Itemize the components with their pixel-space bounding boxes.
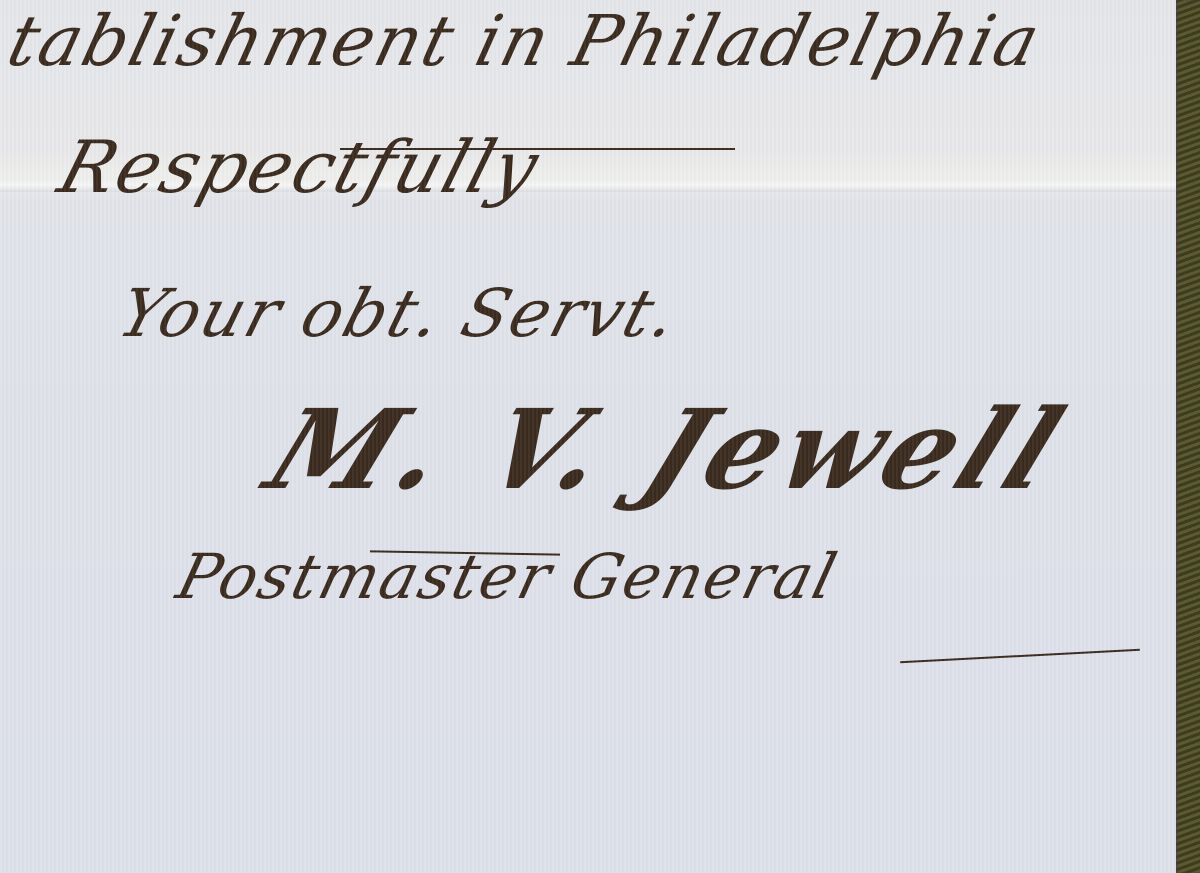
title-underline-flourish xyxy=(900,649,1140,664)
closing-servant: Your obt. Servt. xyxy=(110,275,688,352)
letter-line-philadelphia: tablishment in Philadelphia xyxy=(0,0,1049,82)
letter-photo: tablishment in Philadelphia Respectfully… xyxy=(0,0,1200,873)
paper-sheet: tablishment in Philadelphia Respectfully… xyxy=(0,0,1176,873)
title-strike-flourish xyxy=(370,550,560,555)
signature: M. V. Jewell xyxy=(250,385,1085,514)
signer-title: Postmaster General xyxy=(170,540,845,613)
closing-respectfully: Respectfully xyxy=(50,125,550,209)
background-edge xyxy=(1176,0,1200,873)
underline-flourish xyxy=(340,148,735,150)
paper-fold xyxy=(0,178,1176,192)
